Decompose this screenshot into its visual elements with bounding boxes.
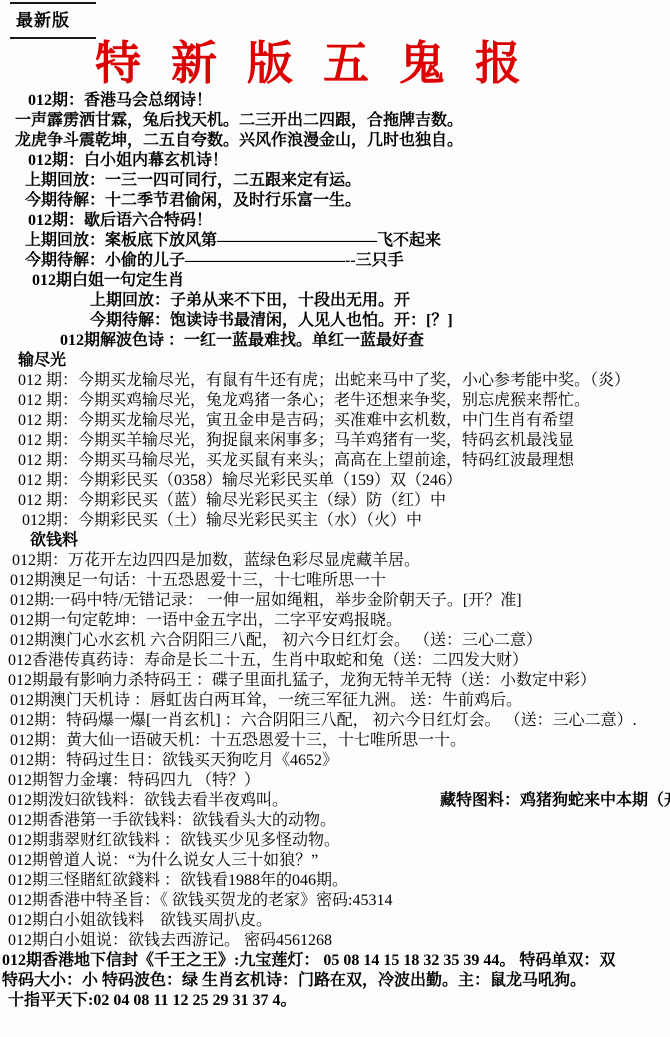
text-line-content: 欲钱料 xyxy=(30,532,78,549)
text-line: 今期待解：小偷的儿子——————————--三只手 xyxy=(0,251,670,271)
text-line-content: 012 期：今期买鸡输尽光，兔龙鸡猪一条心；老牛还想来争奖，别忘虎猴来帮忙。 xyxy=(18,392,590,409)
text-line: 012 期：今期买龙输尽光，寅丑金申是吉码；买准难中玄机数，中门生肖有希望 xyxy=(0,411,670,431)
text-line-content: 012期：白小姐内幕玄机诗！ xyxy=(28,152,228,169)
text-line-content: 012期：香港马会总纲诗！ xyxy=(28,92,212,109)
text-line-content: 012期澳门天机诗 ：唇虹齿白两耳耸，一统三军征九洲。 送：牛前鸡后。 xyxy=(10,692,522,709)
text-line: 012 期：今期买龙输尽光，有鼠有牛还有虎；出蛇来马中了奖，小心参考能中奖。（炎… xyxy=(0,371,670,391)
text-line: 012期澳门天机诗 ：唇虹齿白两耳耸，一统三军征九洲。 送：牛前鸡后。 xyxy=(0,691,670,711)
text-line: 012 期：今期买马输尽光，买龙买鼠有来头；高高在上望前途，特码红波最理想 xyxy=(0,451,670,471)
text-line: 今期待解：十二季节君偷闲，及时行乐富一生。 xyxy=(0,191,670,211)
text-line-content: 012 期：今期彩民买（0358）输尽光彩民买单（159）双（246） xyxy=(18,472,462,489)
text-line: 今期待解：饱读诗书最清闲，人见人也怕。开：[？] xyxy=(0,311,670,331)
text-line: 012期：万花开左边四四是加数，蓝绿色彩尽显虎藏羊居。 xyxy=(0,551,670,571)
text-line-content: 012期：歇后语六合特码！ xyxy=(28,212,212,229)
text-line: 012期:一码中特/无错记录： 一伸一屈如绳粗，举步金阶朝天子。[开？准] xyxy=(0,591,670,611)
text-line-content: 012 期：今期买羊输尽光，狗捉鼠来闲事多；马羊鸡猪有一奖，特码玄机最浅显 xyxy=(18,432,574,449)
text-line-content: 012期:一码中特/无错记录： 一伸一屈如绳粗，举步金阶朝天子。[开？准] xyxy=(10,592,522,609)
text-line-content: 012期澳门心水玄机 六合阴阳三八配， 初六今日红灯会。 （送：三心二意） xyxy=(10,632,542,649)
text-line: 十指平天下:02 04 08 11 12 25 29 31 37 4。 xyxy=(0,991,670,1011)
text-line-content: 上期回放：案板底下放风第——————————飞不起来 xyxy=(25,232,441,249)
text-line-content: 012 期：今期买马输尽光，买龙买鼠有来头；高高在上望前途，特码红波最理想 xyxy=(18,452,574,469)
text-line: 012期香港中特圣旨：《 欲钱买贺龙的老家》密码:45314 xyxy=(0,891,670,911)
text-line: 012 期：今期买鸡输尽光，兔龙鸡猪一条心；老牛还想来争奖，别忘虎猴来帮忙。 xyxy=(0,391,670,411)
text-line: 输尽光 xyxy=(0,351,670,371)
text-line: 012期智力金壤：特码四九 （特？） xyxy=(0,771,670,791)
text-line-content: 今期待解：十二季节君偷闲，及时行乐富一生。 xyxy=(25,192,361,209)
text-line-content: 012期曾道人说：“为什么说女人三十如狼？” xyxy=(8,852,318,869)
hidden-special-picture-note: 藏特图料：鸡猪狗蛇来中本期（开：？） xyxy=(440,791,670,811)
text-line: 上期回放：子弟从来不下田，十段出无用。开 xyxy=(0,291,670,311)
text-line-content: 龙虎争斗震乾坤，二五自夸数。兴风作浪漫金山，几时也独自。 xyxy=(15,132,463,149)
text-line-content: 012期白小姐欲钱料 欲钱买周扒皮。 xyxy=(8,912,272,929)
text-line-content: 012期解波色诗 ：一红一蓝最难找。单红一蓝最好查 xyxy=(60,332,424,349)
text-line: 012期泼妇欲钱料：欲钱去看半夜鸡叫。藏特图料：鸡猪狗蛇来中本期（开：？） xyxy=(0,791,670,811)
page-title: 特新版五鬼报 xyxy=(95,41,670,87)
text-line: 012期：歇后语六合特码！ xyxy=(0,211,670,231)
content-lines: 012期：香港马会总纲诗！一声霹雳洒甘霖，兔后找天机。二三开出二四跟，合拖牌吉数… xyxy=(0,91,670,1011)
text-line-content: 012期香港第一手欲钱料：欲钱看头大的动物。 xyxy=(8,812,336,829)
text-line-content: 012期澳足一句话：十五恐恩爱十三，十七唯所思一十 xyxy=(10,572,386,589)
text-line-content: 012 期：今期买龙输尽光，有鼠有牛还有虎；出蛇来马中了奖，小心参考能中奖。（炎… xyxy=(18,372,630,389)
text-line: 012期澳门心水玄机 六合阴阳三八配， 初六今日红灯会。 （送：三心二意） xyxy=(0,631,670,651)
text-line: 012 期：今期彩民买（0358）输尽光彩民买单（159）双（246） xyxy=(0,471,670,491)
text-line-content: 一声霹雳洒甘霖，兔后找天机。二三开出二四跟，合拖牌吉数。 xyxy=(15,112,463,129)
text-line: 特码大小：小 特码波色：绿 生肖玄机诗：门路在双，冷波出勤。主：鼠龙马吼狗。 xyxy=(0,971,670,991)
text-line: 012期曾道人说：“为什么说女人三十如狼？” xyxy=(0,851,670,871)
text-line-content: 012期：特码爆一爆[一肖玄机] ：六合阴阳三八配， 初六今日红灯会。 （送：三… xyxy=(10,712,637,729)
text-line: 012期白姐一句定生肖 xyxy=(0,271,670,291)
text-line: 012期：香港马会总纲诗！ xyxy=(0,91,670,111)
text-line: 012期白小姐说：欲钱去西游记。 密码4561268 xyxy=(0,931,670,951)
text-line-content: 十指平天下:02 04 08 11 12 25 29 31 37 4。 xyxy=(8,992,296,1009)
text-line-content: 012期智力金壤：特码四九 （特？） xyxy=(8,772,260,789)
text-line-content: 输尽光 xyxy=(18,352,66,369)
text-line: 012期澳足一句话：十五恐恩爱十三，十七唯所思一十 xyxy=(0,571,670,591)
text-line: 012期白小姐欲钱料 欲钱买周扒皮。 xyxy=(0,911,670,931)
text-line: 上期回放：案板底下放风第——————————飞不起来 xyxy=(0,231,670,251)
text-line-content: 今期待解：饱读诗书最清闲，人见人也怕。开：[？] xyxy=(90,312,453,329)
text-line: 012 期：今期彩民买（蓝）输尽光彩民买主（绿）防（红）中 xyxy=(0,491,670,511)
text-line-content: 012香港传真药诗：寿命是长二十五，生肖中取蛇和兔（送：二四发大财） xyxy=(8,652,528,669)
text-line-content: 012期一句定乾坤：一语中金五字出，二字平安鸡报晓。 xyxy=(10,612,402,629)
text-line: 012期：特码过生日：欲钱买天狗吃月《4652》 xyxy=(0,751,670,771)
text-line-content: 012期香港地下信封《千王之王》:九宝莲灯： 05 08 14 15 18 32… xyxy=(2,952,615,969)
text-line: 龙虎争斗震乾坤，二五自夸数。兴风作浪漫金山，几时也独自。 xyxy=(0,131,670,151)
text-line-content: 012期：万花开左边四四是加数，蓝绿色彩尽显虎藏羊居。 xyxy=(12,552,420,569)
text-line-content: 上期回放：子弟从来不下田，十段出无用。开 xyxy=(90,292,410,309)
latest-edition-badge: 最新版 xyxy=(10,2,96,39)
text-line-content: 012 期：今期买龙输尽光，寅丑金申是吉码；买准难中玄机数，中门生肖有希望 xyxy=(18,412,574,429)
text-line-content: 今期待解：小偷的儿子——————————--三只手 xyxy=(25,252,404,269)
text-line: 012期翡翠财红欲钱料 ：欲钱买少见多怪动物。 xyxy=(0,831,670,851)
text-line: 012期：黄大仙一语破天机：十五恐恩爱十三，十七唯所思一十。 xyxy=(0,731,670,751)
text-line-content: 012期泼妇欲钱料：欲钱去看半夜鸡叫。 xyxy=(8,792,288,809)
text-line-content: 上期回放：一三一四可同行，二五跟来定有运。 xyxy=(25,172,361,189)
text-line: 012期：特码爆一爆[一肖玄机] ：六合阴阳三八配， 初六今日红灯会。 （送：三… xyxy=(0,711,670,731)
text-line: 012 期：今期买羊输尽光，狗捉鼠来闲事多；马羊鸡猪有一奖，特码玄机最浅显 xyxy=(0,431,670,451)
text-line: 012期三怪賭紅欲錢料 ：欲钱看1988年的046期。 xyxy=(0,871,670,891)
text-line: 012期最有影响力杀特码王 ：碟子里面扎猛子，龙狗无特羊无特（送：小数定中彩） xyxy=(0,671,670,691)
text-line: 012期：白小姐内幕玄机诗！ xyxy=(0,151,670,171)
text-line: 012期香港第一手欲钱料：欲钱看头大的动物。 xyxy=(0,811,670,831)
text-line-content: 012期：今期彩民买（土）输尽光彩民买主（水）（火）中 xyxy=(22,512,422,529)
page-container: 最新版 特新版五鬼报 012期：香港马会总纲诗！一声霹雳洒甘霖，兔后找天机。二三… xyxy=(0,0,670,1037)
text-line: 012期解波色诗 ：一红一蓝最难找。单红一蓝最好查 xyxy=(0,331,670,351)
text-line-content: 012期最有影响力杀特码王 ：碟子里面扎猛子，龙狗无特羊无特（送：小数定中彩） xyxy=(8,672,596,689)
text-line-content: 012期：黄大仙一语破天机：十五恐恩爱十三，十七唯所思一十。 xyxy=(10,732,466,749)
text-line: 上期回放：一三一四可同行，二五跟来定有运。 xyxy=(0,171,670,191)
text-line-content: 012期白姐一句定生肖 xyxy=(32,272,184,289)
text-line-content: 012期：特码过生日：欲钱买天狗吃月《4652》 xyxy=(10,752,338,769)
text-line: 012期香港地下信封《千王之王》:九宝莲灯： 05 08 14 15 18 32… xyxy=(0,951,670,971)
text-line-content: 012期香港中特圣旨：《 欲钱买贺龙的老家》密码:45314 xyxy=(8,892,392,909)
text-line-content: 特码大小：小 特码波色：绿 生肖玄机诗：门路在双，冷波出勤。主：鼠龙马吼狗。 xyxy=(2,972,586,989)
text-line-content: 012期白小姐说：欲钱去西游记。 密码4561268 xyxy=(8,932,332,949)
text-line-content: 012 期：今期彩民买（蓝）输尽光彩民买主（绿）防（红）中 xyxy=(18,492,446,509)
text-line: 欲钱料 xyxy=(0,531,670,551)
text-line: 012期：今期彩民买（土）输尽光彩民买主（水）（火）中 xyxy=(0,511,670,531)
text-line: 012期一句定乾坤：一语中金五字出，二字平安鸡报晓。 xyxy=(0,611,670,631)
text-line-content: 012期翡翠财红欲钱料 ：欲钱买少见多怪动物。 xyxy=(8,832,340,849)
text-line-content: 012期三怪賭紅欲錢料 ：欲钱看1988年的046期。 xyxy=(8,872,348,889)
text-line: 一声霹雳洒甘霖，兔后找天机。二三开出二四跟，合拖牌吉数。 xyxy=(0,111,670,131)
text-line: 012香港传真药诗：寿命是长二十五，生肖中取蛇和兔（送：二四发大财） xyxy=(0,651,670,671)
